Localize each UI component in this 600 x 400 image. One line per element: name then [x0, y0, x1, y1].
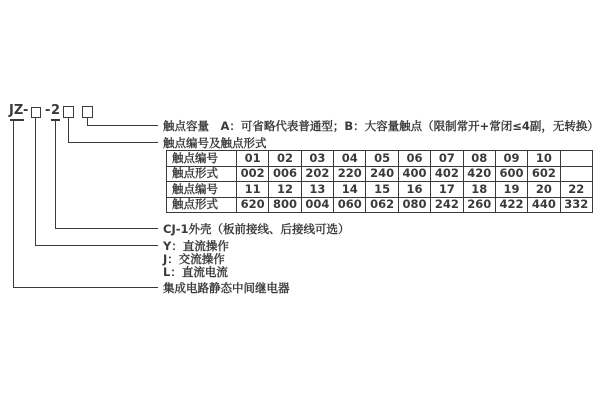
model-box-operation-type: [31, 107, 41, 118]
model-designation-diagram: JZ- - 2 触点容量 A：可省略代表普通型；B：大容量触点（限制常开+常闭≤…: [0, 0, 600, 400]
table-cell: 080: [398, 197, 430, 213]
callout-product-name: 集成电路静态中间继电器: [163, 281, 290, 295]
model-prefix: JZ-: [9, 103, 28, 119]
table-cell: 602: [528, 166, 560, 182]
table-cell: 400: [398, 166, 430, 182]
row-header: 触点编号: [167, 182, 237, 198]
row-header: 触点形式: [167, 166, 237, 182]
table-row: 触点编号 01 02 03 04 05 06 07 08 09 10: [167, 151, 593, 167]
table-cell: 14: [334, 182, 366, 198]
table-cell: 620: [237, 197, 269, 213]
table-row: 触点形式 002 006 202 220 240 400 402 420 600…: [167, 166, 593, 182]
row-header: 触点编号: [167, 151, 237, 167]
table-cell: 08: [463, 151, 495, 167]
model-box-capacity-code: [82, 106, 93, 118]
table-row: 触点编号 11 12 13 14 15 16 17 18 19 20 22: [167, 182, 593, 198]
table-cell: 09: [495, 151, 527, 167]
table-cell: 260: [463, 197, 495, 213]
table-cell: 03: [301, 151, 333, 167]
table-cell: 02: [269, 151, 301, 167]
table-cell: 20: [528, 182, 560, 198]
table-cell: 15: [366, 182, 398, 198]
table-cell: 240: [366, 166, 398, 182]
table-cell: 202: [301, 166, 333, 182]
table-cell: 04: [334, 151, 366, 167]
table-cell: 19: [495, 182, 527, 198]
table-cell: 17: [431, 182, 463, 198]
table-cell: 06: [398, 151, 430, 167]
callout-contact-code: 触点编号及触点形式: [163, 136, 267, 150]
table-cell: 13: [301, 182, 333, 198]
contact-code-table: 触点编号 01 02 03 04 05 06 07 08 09 10 触点形式 …: [166, 150, 593, 213]
table-cell: 060: [334, 197, 366, 213]
table-cell: 420: [463, 166, 495, 182]
table-cell: 07: [431, 151, 463, 167]
table-cell: 402: [431, 166, 463, 182]
table-cell: 006: [269, 166, 301, 182]
model-box-contact-code: [63, 106, 74, 118]
table-cell: 332: [560, 197, 592, 213]
table-cell: 600: [495, 166, 527, 182]
leader-line-product: [13, 120, 158, 288]
table-row: 触点形式 620 800 004 060 062 080 242 260 422…: [167, 197, 593, 213]
callout-contact-capacity: 触点容量 A：可省略代表普通型；B：大容量触点（限制常开+常闭≤4副，无转换）: [163, 119, 599, 133]
callout-operation-l: L：直流电流: [163, 265, 228, 279]
table-cell: 242: [431, 197, 463, 213]
table-cell: 800: [269, 197, 301, 213]
table-cell: [560, 166, 592, 182]
model-dash: -: [45, 103, 50, 119]
table-cell: 18: [463, 182, 495, 198]
callout-case: CJ-1外壳（板前接线、后接线可选）: [163, 222, 350, 236]
table-cell: 12: [269, 182, 301, 198]
table-cell: 10: [528, 151, 560, 167]
table-cell: 004: [301, 197, 333, 213]
table-cell: 220: [334, 166, 366, 182]
model-series: 2: [51, 103, 60, 119]
table-cell: 22: [560, 182, 592, 198]
table-cell: [560, 151, 592, 167]
table-cell: 422: [495, 197, 527, 213]
callout-operation-j: J：交流操作: [163, 252, 225, 266]
table-cell: 440: [528, 197, 560, 213]
row-header: 触点形式: [167, 197, 237, 213]
table-cell: 062: [366, 197, 398, 213]
table-cell: 01: [237, 151, 269, 167]
table-cell: 11: [237, 182, 269, 198]
table-cell: 002: [237, 166, 269, 182]
table-cell: 05: [366, 151, 398, 167]
table-cell: 16: [398, 182, 430, 198]
callout-operation-y: Y：直流操作: [163, 239, 229, 253]
